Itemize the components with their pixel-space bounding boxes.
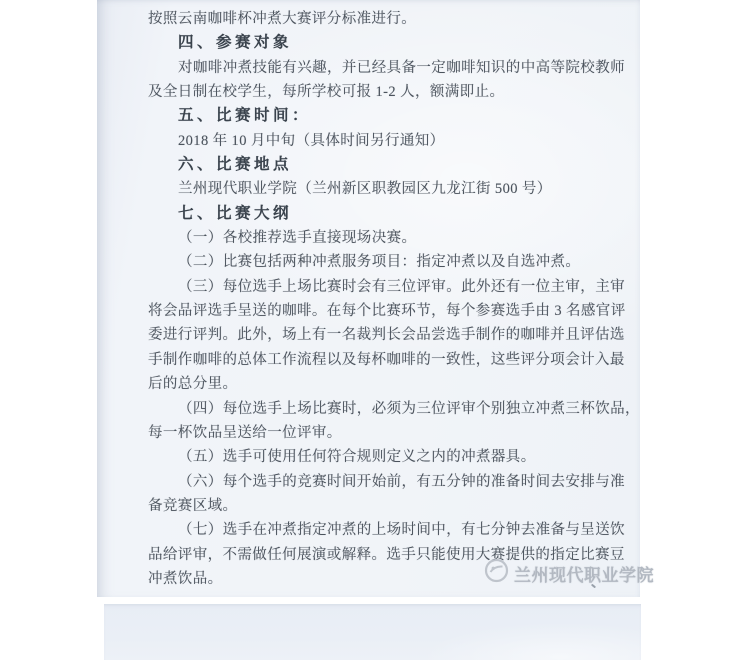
text-line: 四、参赛对象 [148,31,628,55]
text-line: 冲煮饮品。 [148,567,628,591]
next-page-edge [104,604,641,660]
text-line: （六）每个选手的竞赛时间开始前，有五分钟的准备时间去安排与准 [148,470,628,494]
text-line: 将会品评选手呈送的咖啡。在每个比赛环节，每个参赛选手由 3 名感官评 [148,299,628,323]
text-line: （五）选手可使用任何符合规则定义之内的冲煮器具。 [148,445,628,469]
text-line: 备竞赛区域。 [148,494,628,518]
text-line: 兰州现代职业学院（兰州新区职教园区九龙江街 500 号） [148,177,628,201]
document-page: 按照云南咖啡杯冲煮大赛评分标准进行。四、参赛对象对咖啡冲煮技能有兴趣，并已经具备… [97,0,640,597]
text-line: 按照云南咖啡杯冲煮大赛评分标准进行。 [148,7,628,31]
text-line: 及全日制在校学生，每所学校可报 1-2 人，额满即止。 [148,80,628,104]
scanned-document-canvas: 按照云南咖啡杯冲煮大赛评分标准进行。四、参赛对象对咖啡冲煮技能有兴趣，并已经具备… [0,0,755,660]
text-line: 六、比赛地点 [148,153,628,177]
text-line: 委进行评判。此外，场上有一名裁判长会品尝选手制作的咖啡并且评估选 [148,323,628,347]
text-line: （一）各校推荐选手直接现场决赛。 [148,226,628,250]
text-line: （三）每位选手上场比赛时会有三位评审。此外还有一位主审，主审 [148,275,628,299]
text-line: 品给评审，不需做任何展演或解释。选手只能使用大赛提供的指定比赛豆 [148,543,628,567]
text-line: （二）比赛包括两种冲煮服务项目：指定冲煮以及自选冲煮。 [148,250,628,274]
text-line: 对咖啡冲煮技能有兴趣，并已经具备一定咖啡知识的中高等院校教师 [148,56,628,80]
text-line: （四）每位选手上场比赛时，必须为三位评审个别独立冲煮三杯饮品， [148,397,628,421]
text-line: 后的总分里。 [148,372,628,396]
document-text-block: 按照云南咖啡杯冲煮大赛评分标准进行。四、参赛对象对咖啡冲煮技能有兴趣，并已经具备… [148,7,628,591]
text-line: 七、比赛大纲 [148,202,628,226]
text-line: （七）选手在冲煮指定冲煮的上场时间中，有七分钟去准备与呈送饮 [148,518,628,542]
text-line: 每一杯饮品呈送给一位评审。 [148,421,628,445]
text-line: 手制作咖啡的总体工作流程以及每杯咖啡的一致性，这些评分项会计入最 [148,348,628,372]
text-line: 五、比赛时间： [148,104,628,128]
text-line: 2018 年 10 月中旬（具体时间另行通知） [148,129,628,153]
